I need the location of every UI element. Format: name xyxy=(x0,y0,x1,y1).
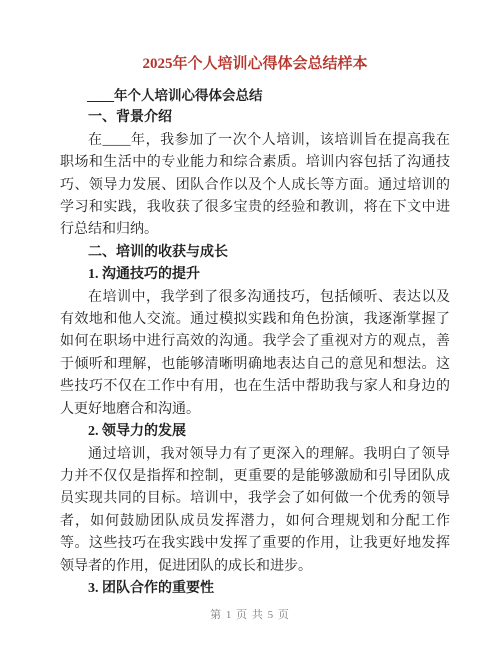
heading-training-gains: 二、培训的收获与成长 xyxy=(60,242,450,264)
document-page: 2025年个人培训心得体会总结样本 ____年个人培训心得体会总结 一、背景介绍… xyxy=(0,0,500,647)
document-title: 2025年个人培训心得体会总结样本 xyxy=(60,54,450,74)
paragraph-background-intro: 在____年，我参加了一次个人培训，该培训旨在提高我在职场和生活中的专业能力和综… xyxy=(60,130,450,242)
subheading-teamwork-importance: 3. 团队合作的重要性 xyxy=(60,578,450,600)
page-footer: 第 1 页 共 5 页 xyxy=(0,609,500,621)
page-number-label: 第 1 页 共 5 页 xyxy=(210,609,290,621)
heading-background-intro: 一、背景介绍 xyxy=(60,107,450,129)
subheading-leadership-development: 2. 领导力的发展 xyxy=(60,421,450,443)
document-subtitle: ____年个人培训心得体会总结 xyxy=(60,85,450,107)
paragraph-communication-skills: 在培训中，我学到了很多沟通技巧，包括倾听、表达以及有效地和他人交流。通过模拟实践… xyxy=(60,287,450,421)
paragraph-leadership-development: 通过培训，我对领导力有了更深入的理解。我明白了领导力并不仅仅是指挥和控制，更重要… xyxy=(60,444,450,578)
subheading-communication-skills: 1. 沟通技巧的提升 xyxy=(60,264,450,286)
